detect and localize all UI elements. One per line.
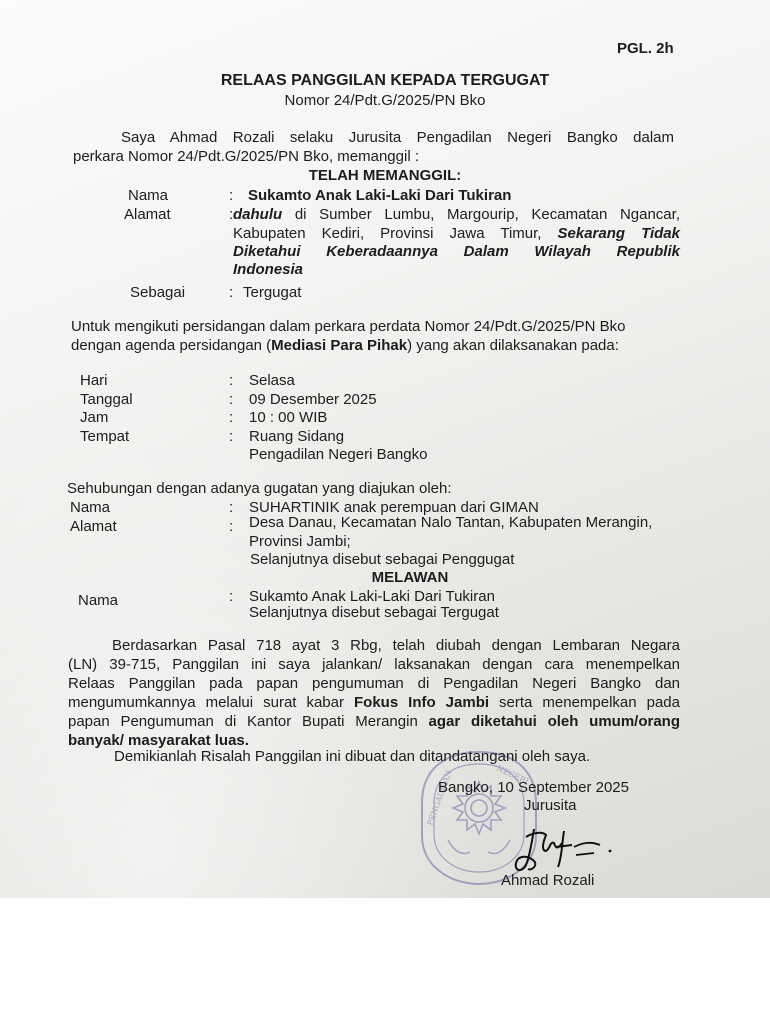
text: papan Pengumuman di Kantor Bupati Merang… [68,713,429,730]
colon: : [229,409,233,427]
colon: : [229,187,233,205]
document-title: RELAAS PANGGILAN KEPADA TERGUGAT [0,72,770,90]
body-line-2: (LN) 39-715, Panggilan ini saya jalankan… [68,656,680,674]
text: dengan agenda persidangan ( [71,337,271,354]
text: ) yang akan dilaksanakan pada: [407,337,619,354]
case-number: Nomor 24/Pdt.G/2025/PN Bko [0,92,770,110]
hearing-intro-line-1: Untuk mengikuti persidangan dalam perkar… [71,318,625,336]
defendant-designation: Selanjutnya disebut sebagai Tergugat [249,604,499,622]
summoned-alamat-line-4: Indonesia [233,261,303,279]
plaintiff-nama-label: Nama [70,499,110,517]
schedule-value-hari: Selasa [249,372,295,390]
schedule-value-tempat-2: Pengadilan Negeri Bangko [249,446,427,464]
text: mengumumkannya melalui surat kabar [68,694,354,711]
summoned-alamat-line-2: Kabupaten Kediri, Provinsi Jawa Timur, S… [233,225,680,243]
text: serta menempelkan pada [489,694,680,711]
body-line-3: Relaas Panggilan pada papan pengumuman d… [68,675,680,693]
colon: : [229,391,233,409]
signature-place-date: Bangko, 10 September 2025 [438,779,629,797]
plaintiff-alamat-line-2: Provinsi Jambi; [249,533,351,551]
hearing-agenda: Mediasi Para Pihak [271,337,407,354]
summoned-nama-label: Nama [128,187,168,205]
colon: : [229,588,233,606]
defendant-nama-label: Nama [78,592,118,610]
summoned-alamat-line-1: dahulu di Sumber Lumbu, Margourip, Kecam… [233,206,680,224]
newspaper-name: Fokus Info Jambi [354,694,489,711]
schedule-value-jam: 10 : 00 WIB [249,409,327,427]
plaintiff-alamat-label: Alamat [70,518,117,536]
intro-line-2: perkara Nomor 24/Pdt.G/2025/PN Bko, mema… [73,148,419,166]
body-line-5: papan Pengumuman di Kantor Bupati Merang… [68,713,680,731]
summoned-sebagai-value: Tergugat [243,284,301,302]
colon: : [229,284,233,302]
schedule-label-tanggal: Tanggal [80,391,133,409]
colon: : [229,428,233,446]
address-text: di Sumber Lumbu, Margourip, Kecamatan Ng… [282,206,680,223]
intro-line-1: Saya Ahmad Rozali selaku Jurusita Pengad… [121,129,674,147]
schedule-label-hari: Hari [80,372,108,390]
emphasis: dahulu [233,206,282,223]
versus-heading: MELAWAN [0,569,770,587]
emphasis: Sekarang Tidak [558,225,680,242]
colon: : [229,518,233,536]
hearing-intro-line-2: dengan agenda persidangan (Mediasi Para … [71,337,619,355]
colon: : [229,372,233,390]
schedule-label-tempat: Tempat [80,428,129,446]
handwritten-signature-icon [512,825,617,875]
summoned-heading: TELAH MEMANGGIL: [0,167,770,185]
address-text: Kabupaten Kediri, Provinsi Jawa Timur, [233,225,558,242]
schedule-label-jam: Jam [80,409,108,427]
summoned-alamat-label: Alamat [124,206,171,224]
plaintiff-alamat-line-1: Desa Danau, Kecamatan Nalo Tantan, Kabup… [249,514,652,532]
body-line-1: Berdasarkan Pasal 718 ayat 3 Rbg, telah … [112,637,680,655]
plaintiff-intro: Sehubungan dengan adanya gugatan yang di… [67,480,452,498]
closing-statement: Demikianlah Risalah Panggilan ini dibuat… [114,748,590,766]
summoned-nama-value: Sukamto Anak Laki-Laki Dari Tukiran [248,187,511,205]
schedule-value-tempat: Ruang Sidang [249,428,344,446]
summoned-sebagai-label: Sebagai [130,284,185,302]
signature-role: Jurusita [524,797,577,815]
summoned-alamat-line-3: Diketahui Keberadaannya Dalam Wilayah Re… [233,243,680,261]
body-line-4: mengumumkannya melalui surat kabar Fokus… [68,694,680,712]
svg-text:PENGADILAN: PENGADILAN [425,769,453,827]
schedule-value-tanggal: 09 Desember 2025 [249,391,377,409]
colon: : [229,499,233,517]
plaintiff-designation: Selanjutnya disebut sebagai Penggugat [250,551,514,569]
page-code: PGL. 2h [617,40,674,58]
emphasis: agar diketahui oleh umum/orang [429,713,680,730]
